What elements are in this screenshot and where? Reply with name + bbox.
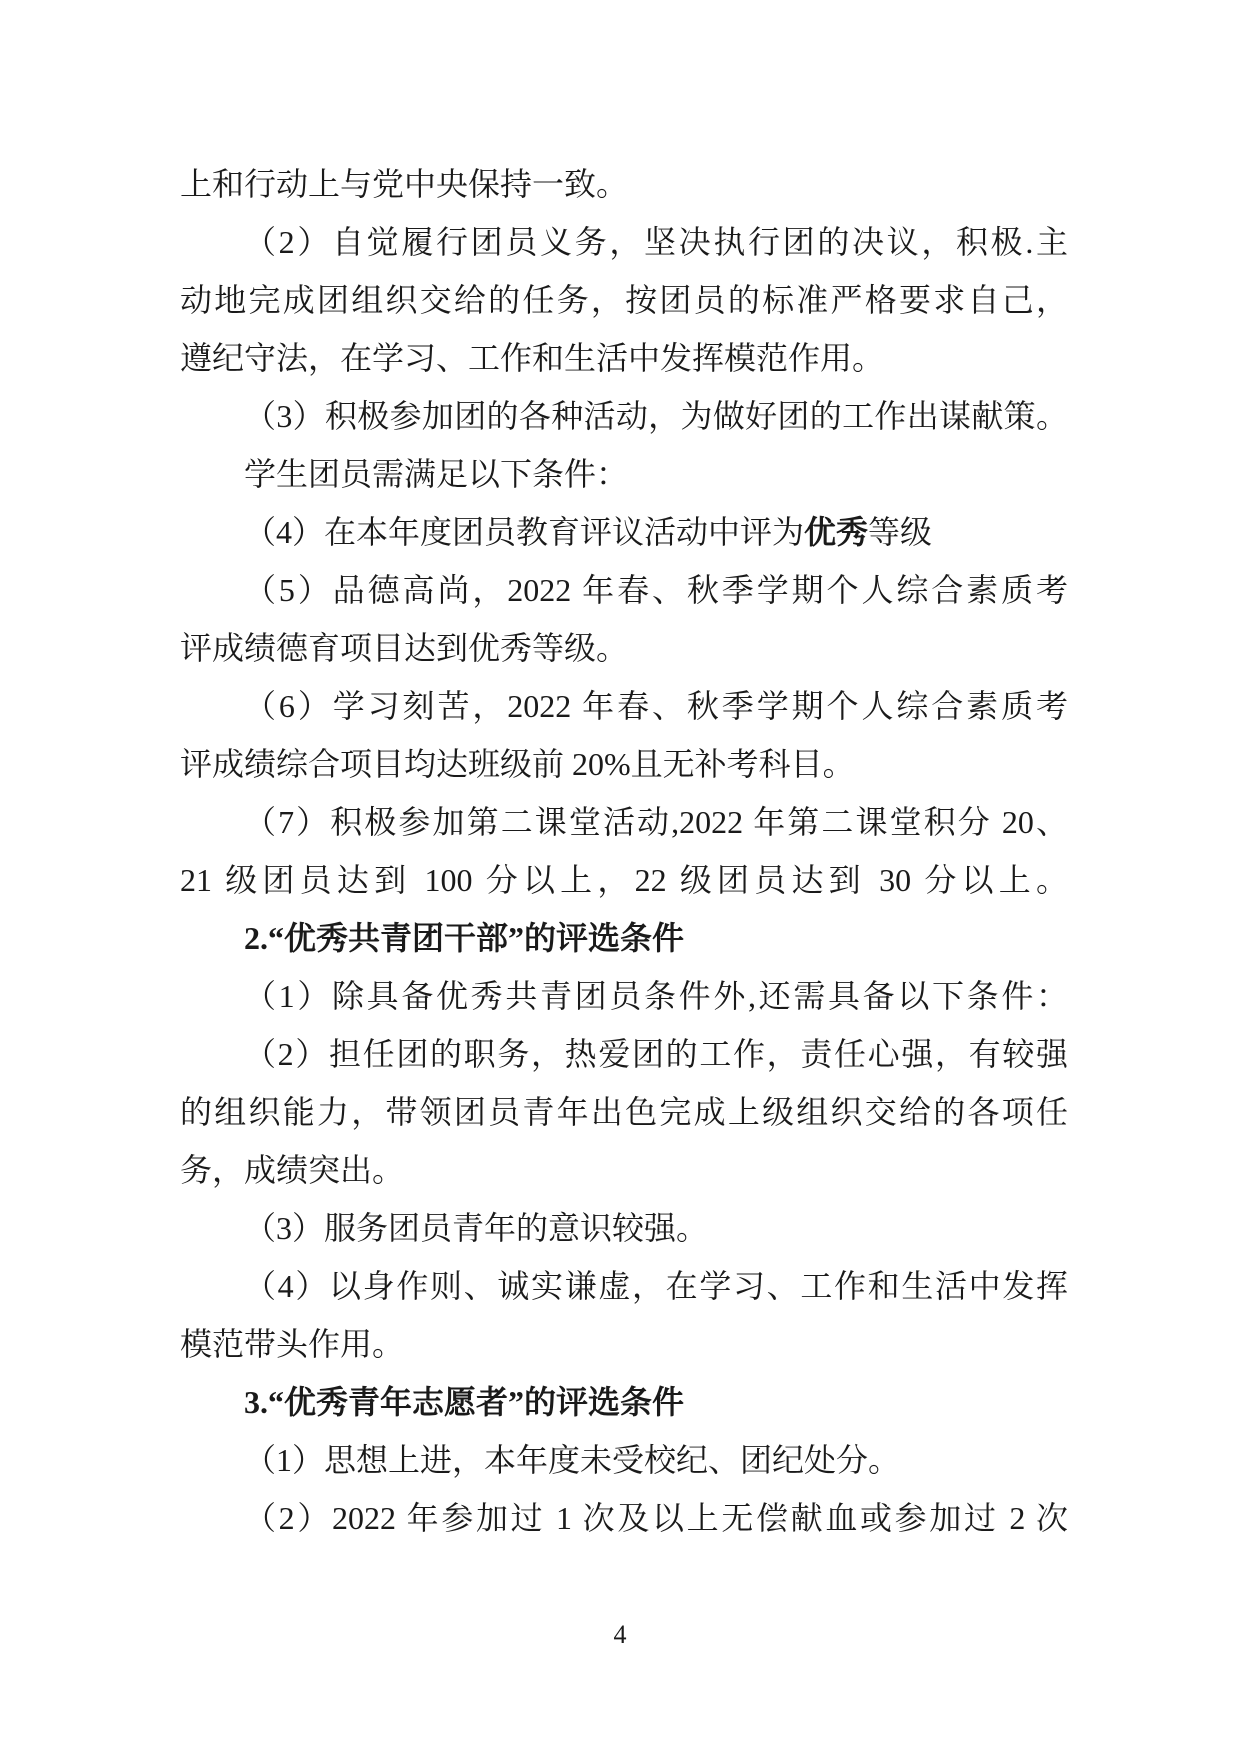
document-body: 上和行动上与党中央保持一致。（2）自觉履行团员义务，坚决执行团的决议，积极.主动… <box>180 155 1068 1547</box>
paragraph-line: 评成绩综合项目均达班级前 20%且无补考科目。 <box>180 735 1068 793</box>
text-run: （3）服务团员青年的意识较强。 <box>244 1210 708 1246</box>
paragraph-line: （6）学习刻苦，2022 年春、秋季学期个人综合素质考 <box>180 677 1068 735</box>
text-run: 务，成绩突出。 <box>180 1152 404 1188</box>
text-run: 评成绩德育项目达到优秀等级。 <box>180 630 628 666</box>
document-page: 上和行动上与党中央保持一致。（2）自觉履行团员义务，坚决执行团的决议，积极.主动… <box>0 0 1240 1753</box>
paragraph-line: 的组织能力，带领团员青年出色完成上级组织交给的各项任 <box>180 1083 1068 1141</box>
text-run: （2）2022 年参加过 1 次及以上无偿献血或参加过 2 次 <box>244 1500 1068 1536</box>
text-run: （5）品德高尚，2022 年春、秋季学期个人综合素质考 <box>244 572 1068 608</box>
text-run: 2.“优秀共青团干部”的评选条件 <box>244 920 684 956</box>
paragraph-line: 遵纪守法，在学习、工作和生活中发挥模范作用。 <box>180 329 1068 387</box>
paragraph-line: 动地完成团组织交给的任务，按团员的标准严格要求自己， <box>180 271 1068 329</box>
paragraph-line: 学生团员需满足以下条件： <box>180 445 1068 503</box>
paragraph-line: （2）自觉履行团员义务，坚决执行团的决议，积极.主 <box>180 213 1068 271</box>
text-run: （2）自觉履行团员义务，坚决执行团的决议，积极.主 <box>244 224 1068 260</box>
text-run: （4）在本年度团员教育评议活动中评为 <box>244 514 804 550</box>
text-run: 上和行动上与党中央保持一致。 <box>180 166 628 202</box>
paragraph-line: （7）积极参加第二课堂活动,2022 年第二课堂积分 20、 <box>180 793 1068 851</box>
text-run: 遵纪守法，在学习、工作和生活中发挥模范作用。 <box>180 340 884 376</box>
text-run: 3.“优秀青年志愿者”的评选条件 <box>244 1384 684 1420</box>
text-run: 优秀 <box>804 514 868 550</box>
section-heading: 3.“优秀青年志愿者”的评选条件 <box>180 1373 1068 1431</box>
text-run: 学生团员需满足以下条件： <box>244 456 628 492</box>
text-run: （7）积极参加第二课堂活动,2022 年第二课堂积分 20、 <box>244 804 1068 840</box>
paragraph-line: 评成绩德育项目达到优秀等级。 <box>180 619 1068 677</box>
text-run: （1）除具备优秀共青团员条件外,还需具备以下条件： <box>244 978 1068 1014</box>
text-run: 的组织能力，带领团员青年出色完成上级组织交给的各项任 <box>180 1094 1068 1130</box>
section-heading: 2.“优秀共青团干部”的评选条件 <box>180 909 1068 967</box>
paragraph-line: （3）积极参加团的各种活动，为做好团的工作出谋献策。 <box>180 387 1068 445</box>
paragraph-line: 务，成绩突出。 <box>180 1141 1068 1199</box>
paragraph-line: （4）以身作则、诚实谦虚，在学习、工作和生活中发挥 <box>180 1257 1068 1315</box>
text-run: （6）学习刻苦，2022 年春、秋季学期个人综合素质考 <box>244 688 1068 724</box>
paragraph-line: 21 级团员达到 100 分以上，22 级团员达到 30 分以上。 <box>180 851 1068 909</box>
text-run: （3）积极参加团的各种活动，为做好团的工作出谋献策。 <box>244 398 1068 434</box>
text-run: 动地完成团组织交给的任务，按团员的标准严格要求自己， <box>180 282 1068 318</box>
text-run: （1）思想上进，本年度未受校纪、团纪处分。 <box>244 1442 900 1478</box>
paragraph-line: 上和行动上与党中央保持一致。 <box>180 155 1068 213</box>
paragraph-line: （1）除具备优秀共青团员条件外,还需具备以下条件： <box>180 967 1068 1025</box>
text-run: 21 级团员达到 100 分以上，22 级团员达到 30 分以上。 <box>180 862 1068 898</box>
text-run: 模范带头作用。 <box>180 1326 404 1362</box>
text-run: （4）以身作则、诚实谦虚，在学习、工作和生活中发挥 <box>244 1268 1068 1304</box>
text-run: （2）担任团的职务，热爱团的工作，责任心强，有较强 <box>244 1036 1068 1072</box>
paragraph-line: （5）品德高尚，2022 年春、秋季学期个人综合素质考 <box>180 561 1068 619</box>
paragraph-line: 模范带头作用。 <box>180 1315 1068 1373</box>
page-number: 4 <box>0 1618 1240 1652</box>
paragraph-line: （1）思想上进，本年度未受校纪、团纪处分。 <box>180 1431 1068 1489</box>
text-run: 等级 <box>868 514 932 550</box>
paragraph-line: （2）2022 年参加过 1 次及以上无偿献血或参加过 2 次 <box>180 1489 1068 1547</box>
paragraph-line: （2）担任团的职务，热爱团的工作，责任心强，有较强 <box>180 1025 1068 1083</box>
text-run: 评成绩综合项目均达班级前 20%且无补考科目。 <box>180 746 855 782</box>
paragraph-line: （4）在本年度团员教育评议活动中评为优秀等级 <box>180 503 1068 561</box>
paragraph-line: （3）服务团员青年的意识较强。 <box>180 1199 1068 1257</box>
